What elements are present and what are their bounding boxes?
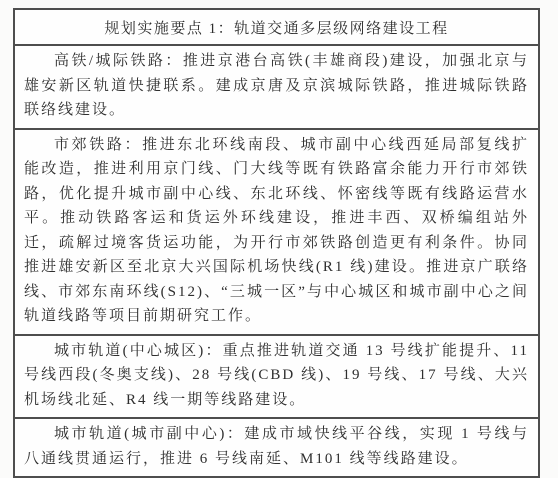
planning-points-table: 规划实施要点 1：轨道交通多层级网络建设工程 高铁/城际铁路：推进京港台高铁(丰… [13, 8, 540, 419]
row-text: 市郊铁路：推进东北环线南段、城市副中心线西延局部复线扩能改造，推进利用京门线、门… [15, 130, 538, 334]
table-row-urban-rail-central-city: 城市轨道(中心城区)：重点推进轨道交通 13 号线扩能提升、11 号线西段(冬奥… [15, 334, 538, 418]
table-row-high-speed-intercity-rail: 高铁/城际铁路：推进京港台高铁(丰雄商段)建设，加强北京与雄安新区轨道快捷联系。… [15, 44, 538, 128]
table-title-row: 规划实施要点 1：轨道交通多层级网络建设工程 [15, 10, 538, 44]
row-text: 城市轨道(中心城区)：重点推进轨道交通 13 号线扩能提升、11 号线西段(冬奥… [15, 336, 538, 418]
table-title: 规划实施要点 1：轨道交通多层级网络建设工程 [104, 17, 448, 38]
row-text: 高铁/城际铁路：推进京港台高铁(丰雄商段)建设，加强北京与雄安新区轨道快捷联系。… [15, 46, 538, 128]
table-row-suburban-rail: 市郊铁路：推进东北环线南段、城市副中心线西延局部复线扩能改造，推进利用京门线、门… [15, 128, 538, 334]
